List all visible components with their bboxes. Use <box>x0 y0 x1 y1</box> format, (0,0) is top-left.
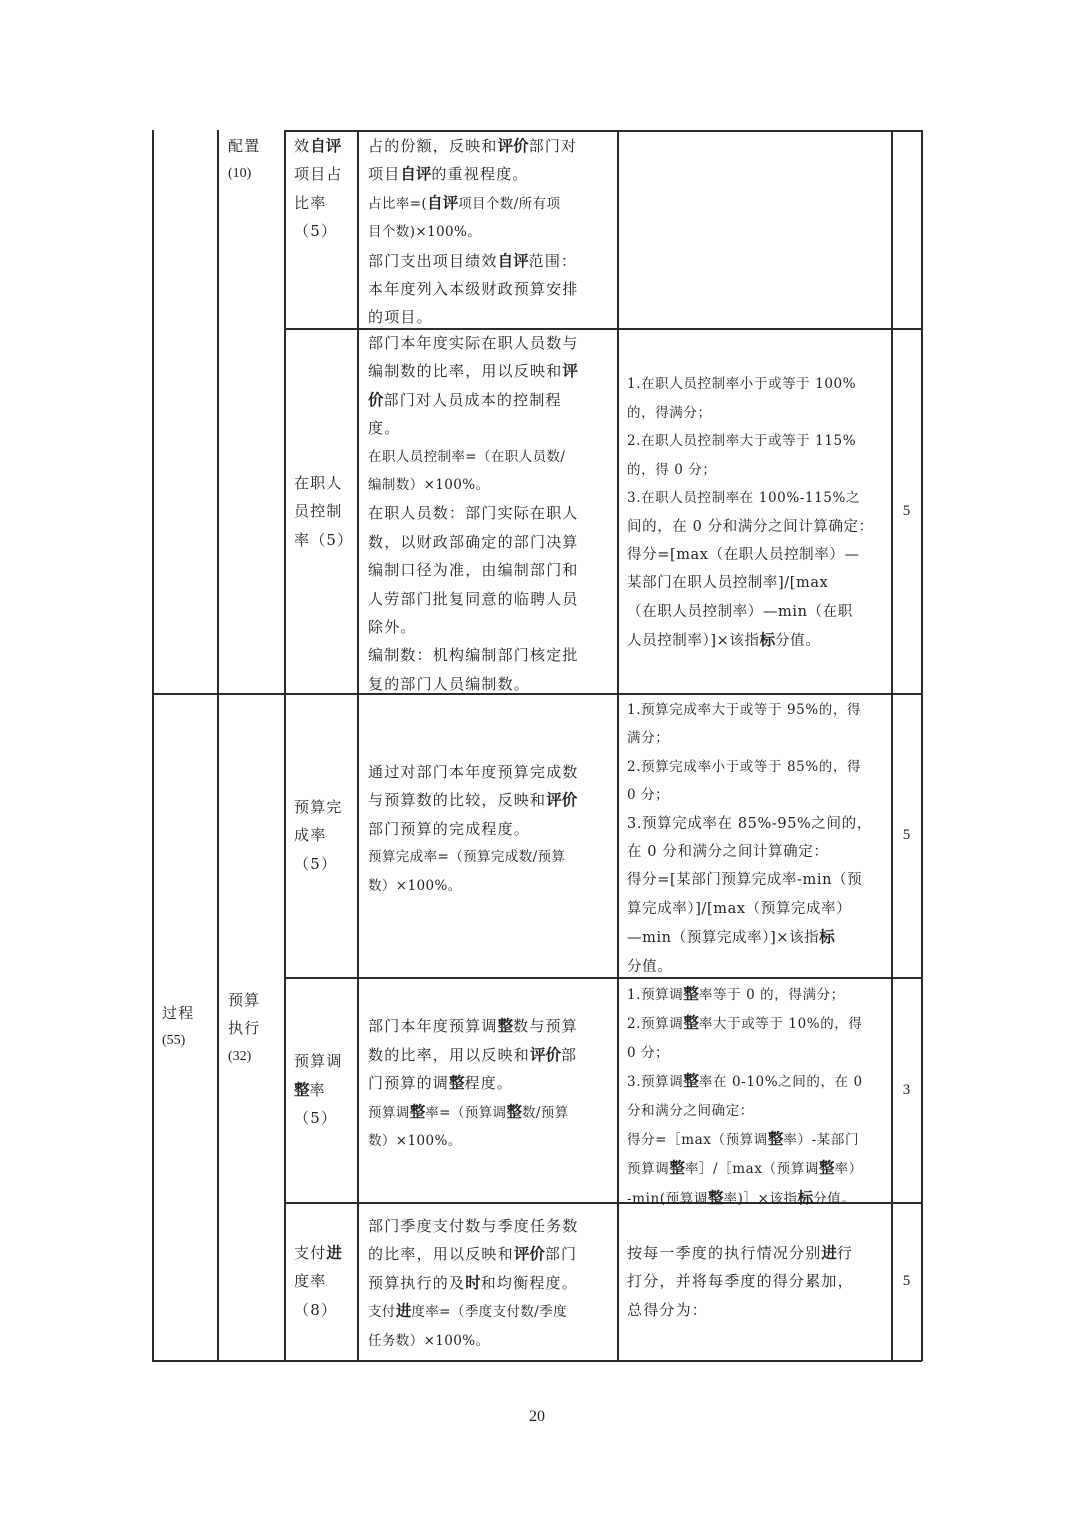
criteria-line: —min（预算完成率）]×该指标 <box>627 923 889 952</box>
criteria-line: 得分=[max（在职人员控制率）— <box>627 541 889 569</box>
description-line: 目个数)×100%。 <box>368 218 613 246</box>
table-bottom-border <box>152 1360 922 1362</box>
level1-label: 过程 <box>162 999 217 1027</box>
description-line: 在职人员数：部门实际在职人 <box>368 499 613 527</box>
score-value: 5 <box>892 821 921 849</box>
row-5-criteria: 按每一季度的执行情况分别进行 打分，并将每季度的得分累加， 总得分为： <box>627 1203 889 1360</box>
level2-weight: (10) <box>228 160 284 188</box>
description-line: 预算调整率=（预算调整数/预算 <box>368 1098 613 1127</box>
criteria-line: 的，得 0 分； <box>627 456 889 484</box>
description-line: 编制数）×100%。 <box>368 471 613 499</box>
column-divider <box>617 130 619 1361</box>
level2-label-line2: 执行 <box>228 1014 284 1042</box>
indicator-line: （8） <box>294 1296 358 1324</box>
criteria-line: 1.在职人员控制率小于或等于 100% <box>627 370 889 398</box>
description-line: 数）×100%。 <box>368 1127 613 1155</box>
indicator-line: （5） <box>294 850 358 878</box>
description-line: 支付进度率=（季度支付数/季度 <box>368 1297 613 1326</box>
description-line: 部门本年度预算调整数与预算 <box>368 1012 613 1040</box>
score-value: 5 <box>892 497 921 525</box>
criteria-line: 2.预算调整率大于或等于 10%的，得 <box>627 1009 889 1038</box>
description-line: 数）×100%。 <box>368 872 613 900</box>
row-2-score: 5 <box>892 330 921 693</box>
column-divider <box>921 130 923 1361</box>
criteria-line: 1.预算完成率大于或等于 95%的，得 <box>627 696 889 724</box>
indicator-line: 预算完 <box>294 793 358 821</box>
criteria-line: 2.在职人员控制率大于或等于 115% <box>627 427 889 455</box>
description-line: 任务数）×100%。 <box>368 1327 613 1355</box>
criteria-line: 2.预算完成率小于或等于 85%的，得 <box>627 753 889 781</box>
indicator-line: 度率 <box>294 1267 358 1295</box>
row-4-criteria: 1.预算调整率等于 0 的，得满分； 2.预算调整率大于或等于 10%的，得 0… <box>627 980 889 1213</box>
indicator-line: （5） <box>294 217 358 245</box>
column-divider <box>152 130 154 1361</box>
column-divider <box>284 130 286 1361</box>
level1-weight: (55) <box>162 1027 217 1055</box>
indicator-line: 项目占 <box>294 160 358 188</box>
criteria-line: 的，得满分； <box>627 399 889 427</box>
level2-label: 预算 <box>228 986 284 1014</box>
row-3-criteria: 1.预算完成率大于或等于 95%的，得 满分； 2.预算完成率小于或等于 85%… <box>627 696 889 981</box>
row-2-criteria: 1.在职人员控制率小于或等于 100% 的，得满分； 2.在职人员控制率大于或等… <box>627 358 889 668</box>
description-line: 的比率，用以反映和评价部门 <box>368 1240 613 1268</box>
description-line: 编制数：机构编制部门核定批 <box>368 641 613 669</box>
description-line: 部门本年度实际在职人员数与 <box>368 329 613 357</box>
indicator-line: 支付进 <box>294 1239 358 1267</box>
indicator-line: 效自评 <box>294 132 358 160</box>
criteria-line: 3.在职人员控制率在 100%-115%之 <box>627 484 889 512</box>
indicator-line: 员控制 <box>294 497 358 525</box>
description-line: 度。 <box>368 414 613 442</box>
row-2-indicator: 在职人 员控制 率（5） <box>294 330 358 693</box>
description-line: 编制数的比率，用以反映和评 <box>368 357 613 385</box>
indicator-line: （5） <box>294 1104 358 1132</box>
indicator-line: 在职人 <box>294 469 358 497</box>
score-value: 3 <box>892 1076 921 1104</box>
description-line: 数，以财政部确定的部门决算 <box>368 528 613 556</box>
score-value: 5 <box>892 1267 921 1295</box>
criteria-line: 3.预算调整率在 0-10%之间的，在 0 <box>627 1067 889 1096</box>
criteria-line: 分值。 <box>627 953 889 981</box>
criteria-line: 3.预算完成率在 85%-95%之间的， <box>627 810 889 838</box>
criteria-line: 0 分； <box>627 781 889 809</box>
row-5-indicator: 支付进 度率 （8） <box>294 1203 358 1360</box>
description-line: 除外。 <box>368 613 613 641</box>
description-line: 通过对部门本年度预算完成数 <box>368 758 613 786</box>
description-line: 人劳部门批复同意的临聘人员 <box>368 585 613 613</box>
criteria-line: 某部门在职人员控制率]/[max <box>627 569 889 597</box>
criteria-line: （在职人员控制率）—min（在职 <box>627 598 889 626</box>
level2-indicator-allocation: 配置 (10) <box>228 132 284 189</box>
indicator-line: 整率 <box>294 1076 358 1104</box>
description-line: 部门季度支付数与季度任务数 <box>368 1212 613 1240</box>
level2-label: 配置 <box>228 132 284 160</box>
indicator-line: 预算调 <box>294 1047 358 1075</box>
description-line: 的项目。 <box>368 303 613 331</box>
criteria-line: 总得分为： <box>627 1296 889 1324</box>
row-3-indicator: 预算完 成率 （5） <box>294 694 358 977</box>
description-line: 预算执行的及时和均衡程度。 <box>368 1269 613 1297</box>
row-4-description: 部门本年度预算调整数与预算 数的比率，用以反映和评价部 门预算的调整程度。 预算… <box>368 978 613 1190</box>
row-5-score: 5 <box>892 1203 921 1360</box>
criteria-line: 得分=［max（预算调整率）-某部门 <box>627 1125 889 1154</box>
criteria-line: 1.预算调整率等于 0 的，得满分； <box>627 980 889 1009</box>
indicator-line: 成率 <box>294 821 358 849</box>
description-line: 占比率=(自评项目个数/所有项 <box>368 189 613 218</box>
row-1-description: 占的份额，反映和评价部门对 项目自评的重视程度。 占比率=(自评项目个数/所有项… <box>368 132 613 332</box>
criteria-line: 得分=[某部门预算完成率-min（预 <box>627 866 889 894</box>
criteria-line: 人员控制率）]×该指标分值。 <box>627 626 889 655</box>
level2-indicator-budget-execution: 预算 执行 (32) <box>228 986 284 1071</box>
description-line: 预算完成率=（预算完成数/预算 <box>368 843 613 871</box>
description-line: 与预算数的比较，反映和评价 <box>368 786 613 814</box>
description-line: 价部门对人员成本的控制程 <box>368 386 613 414</box>
row-3-description: 通过对部门本年度预算完成数 与预算数的比较，反映和评价 部门预算的完成程度。 预… <box>368 694 613 964</box>
description-line: 本年度列入本级财政预算安排 <box>368 275 613 303</box>
description-line: 占的份额，反映和评价部门对 <box>368 132 613 160</box>
description-line: 部门支出项目绩效自评范围： <box>368 247 613 275</box>
description-line: 数的比率，用以反映和评价部 <box>368 1041 613 1069</box>
description-line: 编制口径为准，由编制部门和 <box>368 556 613 584</box>
criteria-line: 间的，在 0 分和满分之间计算确定： <box>627 513 889 541</box>
row-3-score: 5 <box>892 694 921 977</box>
criteria-line: 在 0 分和满分之间计算确定： <box>627 838 889 866</box>
column-divider <box>217 130 219 1361</box>
description-line: 门预算的调整程度。 <box>368 1069 613 1097</box>
document-page: 配置 (10) 效自评 项目占 比率 （5） 占的份额，反映和评价部门对 项目自… <box>0 0 1074 1520</box>
criteria-line: 预算调整率］/［max（预算调整率） <box>627 1154 889 1183</box>
criteria-line: 分和满分之间确定： <box>627 1097 889 1125</box>
criteria-line: 打分，并将每季度的得分累加， <box>627 1267 889 1295</box>
row-1-indicator: 效自评 项目占 比率 （5） <box>294 132 358 246</box>
criteria-line: 满分； <box>627 724 889 752</box>
row-5-description: 部门季度支付数与季度任务数 的比率，用以反映和评价部门 预算执行的及时和均衡程度… <box>368 1212 613 1355</box>
row-2-description: 部门本年度实际在职人员数与 编制数的比率，用以反映和评 价部门对人员成本的控制程… <box>368 329 613 698</box>
row-4-score: 3 <box>892 978 921 1202</box>
description-line: 部门预算的完成程度。 <box>368 815 613 843</box>
page-number: 20 <box>0 1408 1074 1426</box>
level1-indicator-process: 过程 (55) <box>162 694 217 1360</box>
criteria-line: 按每一季度的执行情况分别进行 <box>627 1239 889 1267</box>
indicator-line: 比率 <box>294 189 358 217</box>
criteria-line: 算完成率）]/[max（预算完成率） <box>627 895 889 923</box>
criteria-line: 0 分； <box>627 1039 889 1067</box>
indicator-line: 率（5） <box>294 526 358 554</box>
row-4-indicator: 预算调 整率 （5） <box>294 978 358 1202</box>
description-line: 项目自评的重视程度。 <box>368 160 613 188</box>
description-line: 在职人员控制率=（在职人员数/ <box>368 443 613 471</box>
level2-weight: (32) <box>228 1043 284 1071</box>
